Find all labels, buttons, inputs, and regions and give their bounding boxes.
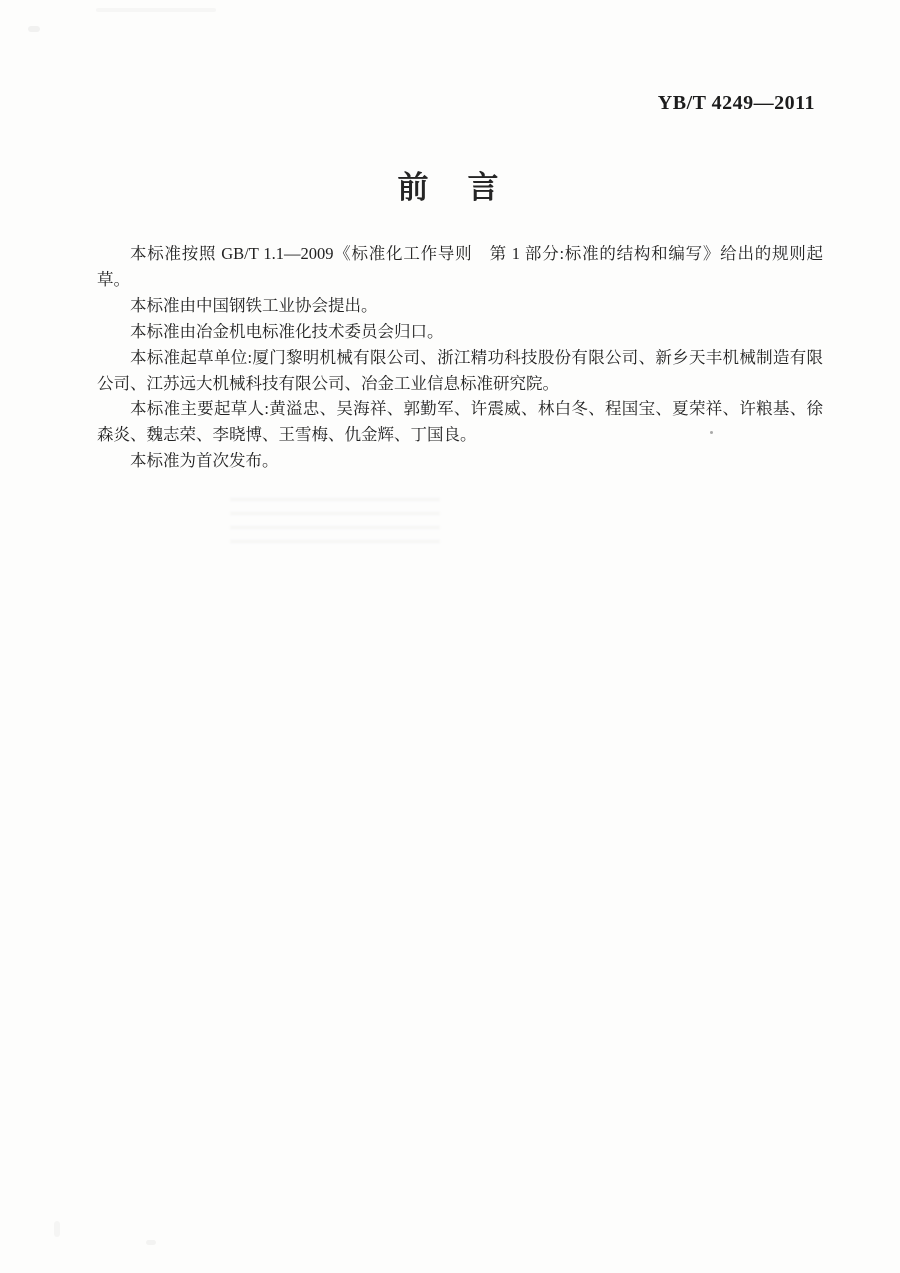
- scan-speck: [54, 1221, 60, 1237]
- scan-speck: [146, 1240, 156, 1245]
- scan-ghost-smudge: [230, 498, 440, 544]
- foreword-paragraph-proposed-by: 本标准由中国钢铁工业协会提出。: [97, 293, 823, 319]
- document-page: YB/T 4249—2011 前 言 本标准按照 GB/T 1.1—2009《标…: [0, 0, 900, 1273]
- foreword-paragraph-main-drafters: 本标准主要起草人:黄溢忠、吴海祥、郭勤军、许震威、林白冬、程国宝、夏荣祥、许粮基…: [97, 396, 823, 448]
- foreword-paragraph-drafting-organizations: 本标准起草单位:厦门黎明机械有限公司、浙江精功科技股份有限公司、新乡天丰机械制造…: [97, 345, 823, 397]
- scan-speck: [710, 431, 713, 434]
- scan-speck: [28, 26, 40, 32]
- foreword-paragraph-drafting-rule: 本标准按照 GB/T 1.1—2009《标准化工作导则 第 1 部分:标准的结构…: [97, 241, 823, 293]
- foreword-body: 本标准按照 GB/T 1.1—2009《标准化工作导则 第 1 部分:标准的结构…: [97, 241, 823, 474]
- standard-number: YB/T 4249—2011: [658, 92, 815, 115]
- foreword-paragraph-centralized-by: 本标准由冶金机电标准化技术委员会归口。: [97, 319, 823, 345]
- foreword-title: 前 言: [0, 162, 900, 207]
- scan-speck: [96, 8, 216, 12]
- foreword-paragraph-first-issue: 本标准为首次发布。: [97, 448, 823, 474]
